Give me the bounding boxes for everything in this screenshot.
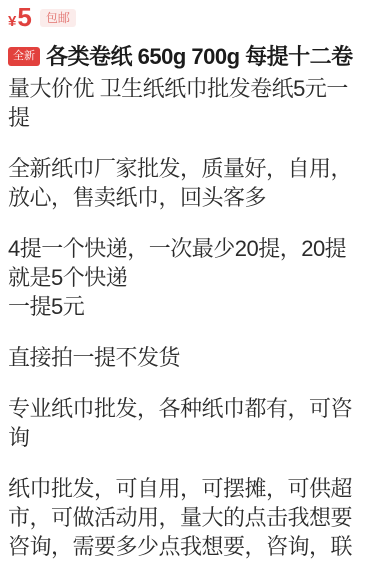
price: ¥ 5: [8, 4, 32, 30]
condition-badge-new: 全新: [8, 47, 40, 66]
product-description: 量大价优 卫生纸纸巾批发卷纸5元一提 全新纸巾厂家批发，质量好，自用，放心，售卖…: [8, 74, 359, 561]
price-row: ¥ 5 包邮: [8, 4, 359, 30]
description-paragraph: 专业纸巾批发，各种纸巾都有，可咨询: [8, 394, 359, 452]
description-paragraph: 直接拍一提不发货: [8, 343, 359, 372]
free-shipping-badge: 包邮: [40, 9, 76, 27]
description-paragraph: 纸巾批发，可自用，可摆摊，可供超市，可做活动用，量大的点击我想要咨询，需要多少点…: [8, 474, 359, 561]
description-paragraph: 全新纸巾厂家批发，质量好，自用，放心，售卖纸巾，回头客多: [8, 154, 359, 212]
description-paragraph: 4提一个快递，一次最少20提，20提就是5个快递 一提5元: [8, 234, 359, 321]
product-detail-page: ¥ 5 包邮 全新 各类卷纸 650g 700g 每提十二卷 量大价优 卫生纸纸…: [0, 0, 367, 578]
description-paragraph: 量大价优 卫生纸纸巾批发卷纸5元一提: [8, 74, 359, 132]
product-title: 各类卷纸 650g 700g 每提十二卷: [46, 42, 353, 71]
price-amount: 5: [17, 4, 31, 30]
title-row: 全新 各类卷纸 650g 700g 每提十二卷: [8, 42, 359, 71]
currency-symbol: ¥: [8, 13, 16, 30]
